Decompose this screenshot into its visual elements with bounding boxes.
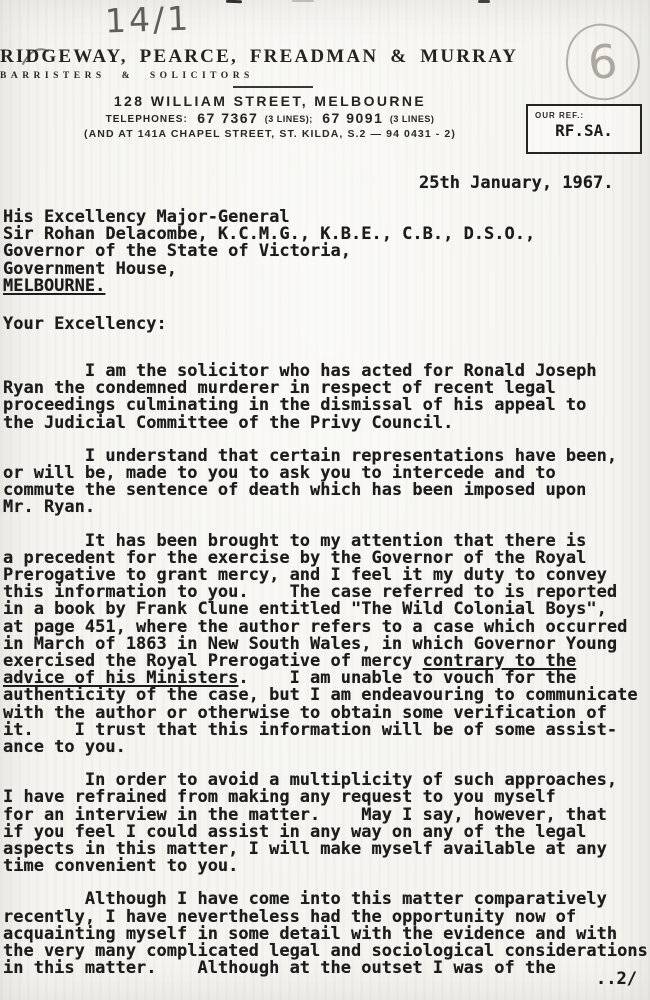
text-line: in this matter. Although at the outset I…: [3, 960, 650, 977]
text-line: Mr. Ryan.: [3, 499, 650, 516]
paragraph: I understand that certain representation…: [3, 448, 650, 517]
text-line: ance to you.: [3, 739, 650, 756]
phone-number-1: 67 7367: [197, 110, 258, 126]
our-ref-label: OUR REF.:: [528, 106, 640, 120]
letter-body: I am the solicitor who has acted for Ron…: [3, 363, 650, 978]
text-line: commute the sentence of death which has …: [3, 482, 650, 499]
paragraph: It has been brought to my attention that…: [3, 533, 650, 757]
phone-number-2: 67 9091: [322, 110, 383, 126]
firm-subtitle: BARRISTERS & SOLICITORS: [0, 71, 540, 81]
our-ref-box: OUR REF.: RF.SA.: [526, 104, 642, 154]
firm-address: 128 WILLIAM STREET, MELBOURNE: [0, 93, 540, 109]
letter-date: 25th January, 1967.: [419, 175, 613, 192]
letterhead-divider: [233, 86, 313, 88]
paragraph: In order to avoid a multiplicity of such…: [3, 772, 650, 875]
phones-label: TELEPHONES:: [106, 114, 188, 125]
paragraph: I am the solicitor who has acted for Ron…: [3, 363, 650, 432]
page-marker: ..2/: [596, 971, 637, 988]
phones-line: TELEPHONES: 67 7367 (3 LINES); 67 9091 (…: [0, 110, 540, 128]
underlined-text: MELBOURNE.: [3, 276, 105, 296]
text-line: time convenient to you.: [3, 858, 650, 875]
text-line: MELBOURNE.: [3, 278, 535, 295]
phone-note-1: (3 LINES);: [265, 114, 313, 124]
letter-page: 14/1 6 RIDGEWAY, PEARCE, FREADMAN & MURR…: [0, 0, 650, 1000]
scan-smudge: [292, 0, 314, 2]
scan-smudge: [226, 0, 242, 3]
circled-number-text: 6: [586, 38, 619, 86]
salutation: Your Excellency:: [3, 316, 167, 333]
phone-note-2: (3 LINES): [390, 114, 435, 124]
paragraph: Although I have come into this matter co…: [3, 891, 650, 977]
text-line: the Judicial Committee of the Privy Coun…: [3, 415, 650, 432]
scan-smudge: [478, 0, 490, 3]
handwritten-file-code: 14/1: [104, 0, 191, 40]
recipient-address: His Excellency Major-GeneralSir Rohan De…: [3, 209, 535, 295]
firm-name: RIDGEWAY, PEARCE, FREADMAN & MURRAY: [0, 46, 540, 68]
our-ref-value: RF.SA.: [528, 121, 640, 140]
circled-page-number-annotation: 6: [562, 20, 645, 104]
branch-office-line: (AND AT 141A CHAPEL STREET, ST. KILDA, S…: [0, 128, 540, 140]
